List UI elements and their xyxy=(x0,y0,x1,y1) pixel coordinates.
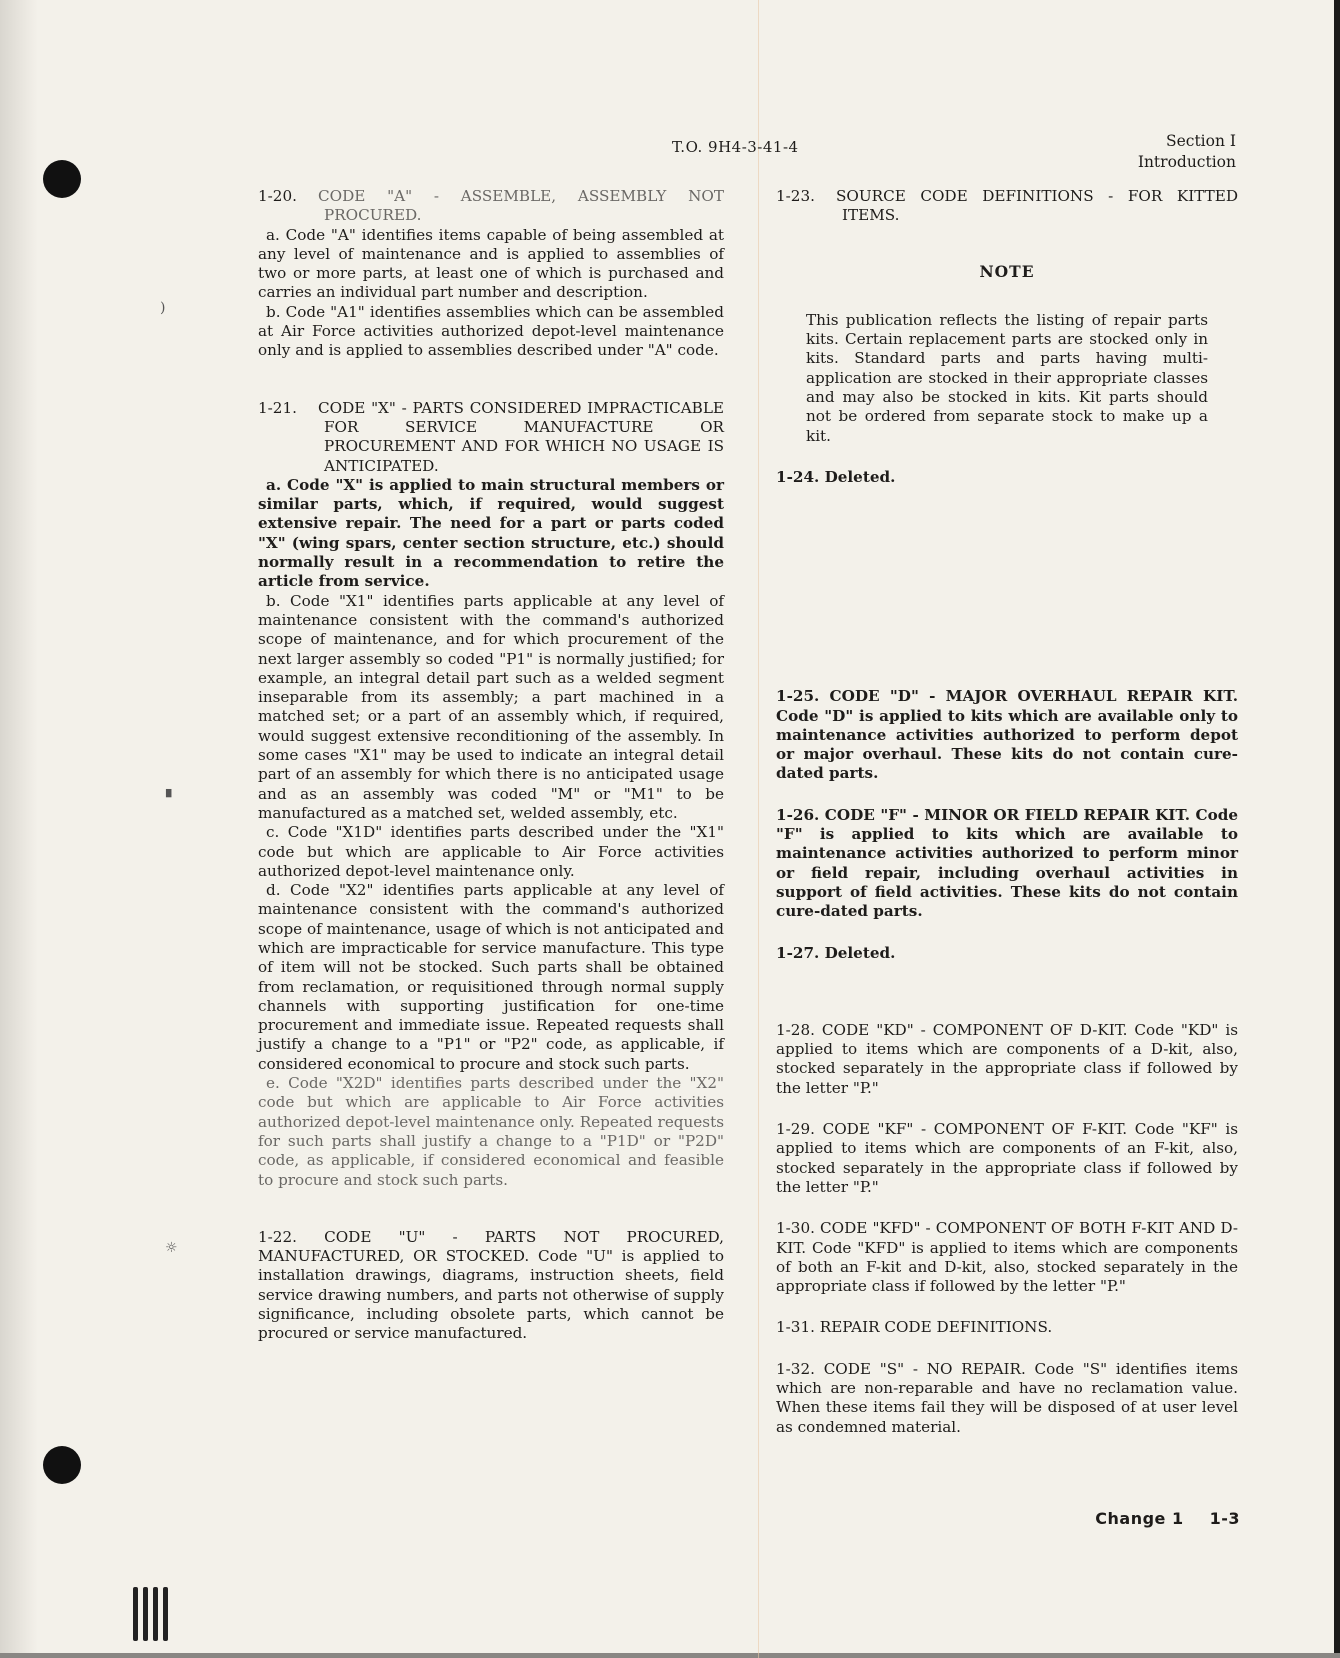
section-label: Section I xyxy=(1138,131,1236,152)
technical-order-number: T.O. 9H4-3-41-4 xyxy=(672,138,799,156)
paragraph-heading: CODE "X" - PARTS CONSIDERED IMPRACTICABL… xyxy=(318,399,724,475)
scan-left-margin xyxy=(0,0,38,1658)
right-column: 1-23.SOURCE CODE DEFINITIONS - FOR KITTE… xyxy=(776,187,1238,1437)
scan-right-edge xyxy=(1334,0,1340,1658)
paragraph-heading: SOURCE CODE DEFINITIONS - FOR KITTED ITE… xyxy=(836,187,1238,224)
paragraph-1-22: 1-22. CODE "U" - PARTS NOT PROCURED, MAN… xyxy=(258,1228,724,1344)
paragraph-number: 1-23. xyxy=(776,187,836,206)
paragraph-text: CODE "U" - PARTS NOT PROCURED, MANUFACTU… xyxy=(258,1228,724,1342)
paragraph-1-29: 1-29. CODE "KF" - COMPONENT OF F-KIT. Co… xyxy=(776,1120,1238,1197)
fold-line xyxy=(758,0,759,1658)
paragraph-1-30: 1-30. CODE "KFD" - COMPONENT OF BOTH F-K… xyxy=(776,1219,1238,1296)
paragraph-1-21-a: a. Code "X" is applied to main structura… xyxy=(258,476,724,592)
paragraph-heading: CODE "A" - ASSEMBLE, ASSEMBLY NOT PROCUR… xyxy=(318,187,724,224)
paragraph-1-24: 1-24. Deleted. xyxy=(776,468,1238,487)
left-column: 1-20.CODE "A" - ASSEMBLE, ASSEMBLY NOT P… xyxy=(258,187,724,1344)
note-text: This publication reflects the listing of… xyxy=(806,311,1208,446)
scan-bottom-edge xyxy=(0,1653,1340,1658)
margin-mark-icon: ☼ xyxy=(165,1240,178,1256)
paragraph-1-21-d: d. Code "X2" identifies parts applicable… xyxy=(258,881,724,1074)
margin-mark-icon: ▘ xyxy=(166,790,177,806)
punch-hole-icon xyxy=(43,160,81,198)
paragraph-1-25: 1-25. CODE "D" - MAJOR OVERHAUL REPAIR K… xyxy=(776,687,1238,783)
paragraph-1-21-b: b. Code "X1" identifies parts applicable… xyxy=(258,592,724,824)
paragraph-1-31: 1-31. REPAIR CODE DEFINITIONS. xyxy=(776,1318,1238,1337)
paragraph-1-20-b: b. Code "A1" identifies assemblies which… xyxy=(258,303,724,361)
paragraph-1-28: 1-28. CODE "KD" - COMPONENT OF D-KIT. Co… xyxy=(776,1021,1238,1098)
paragraph-1-32: 1-32. CODE "S" - NO REPAIR. Code "S" ide… xyxy=(776,1360,1238,1437)
paragraph-1-21-e: e. Code "X2D" identifies parts described… xyxy=(258,1074,724,1190)
paragraph-1-20-title: 1-20.CODE "A" - ASSEMBLE, ASSEMBLY NOT P… xyxy=(258,187,724,226)
section-header: Section I Introduction xyxy=(1138,131,1236,173)
paragraph-1-21-c: c. Code "X1D" identifies parts described… xyxy=(258,823,724,881)
paragraph-1-23-title: 1-23.SOURCE CODE DEFINITIONS - FOR KITTE… xyxy=(776,187,1238,226)
change-number: Change 1 xyxy=(1095,1509,1183,1528)
section-title: Introduction xyxy=(1138,152,1236,173)
paragraph-number: 1-21. xyxy=(258,399,318,418)
page-footer: Change 11-3 xyxy=(1069,1509,1240,1528)
paragraph-number: 1-22. xyxy=(258,1228,297,1246)
paragraph-1-27: 1-27. Deleted. xyxy=(776,944,1238,963)
paragraph-1-21-title: 1-21.CODE "X" - PARTS CONSIDERED IMPRACT… xyxy=(258,399,724,476)
barcode-icon xyxy=(133,1587,168,1641)
paragraph-number: 1-20. xyxy=(258,187,318,206)
paragraph-1-20-a: a. Code "A" identifies items capable of … xyxy=(258,226,724,303)
page-number: 1-3 xyxy=(1210,1509,1240,1528)
margin-mark-icon: ) xyxy=(160,300,165,316)
punch-hole-icon xyxy=(43,1446,81,1484)
note-heading: NOTE xyxy=(776,262,1238,281)
paragraph-1-26: 1-26. CODE "F" - MINOR OR FIELD REPAIR K… xyxy=(776,806,1238,922)
